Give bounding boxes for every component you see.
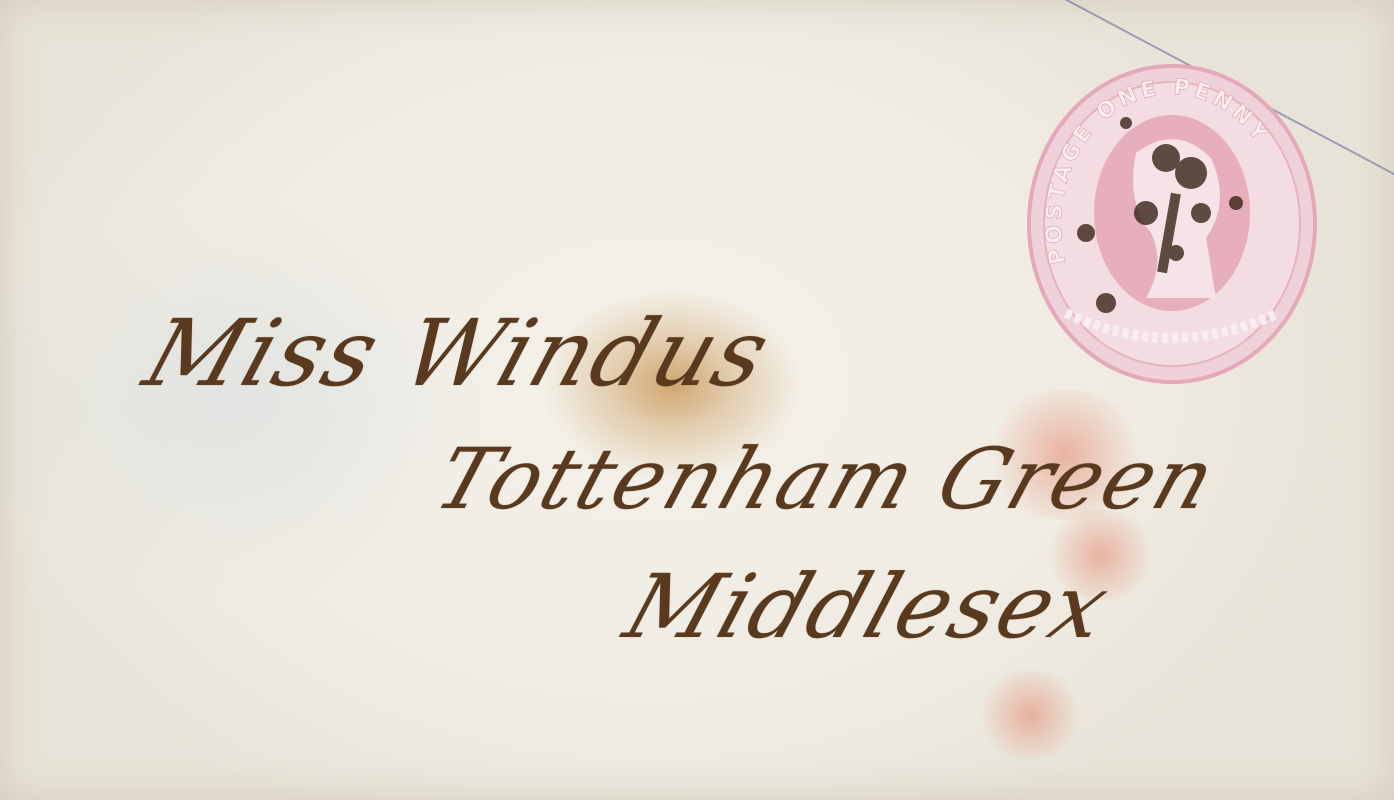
address-line-1: Miss Windus (133, 300, 784, 407)
envelope: POSTAGE ONE PENNY Miss Windus Tottenham … (0, 0, 1394, 800)
address-line-3: Middlesex (613, 555, 1122, 658)
address-line-2: Tottenham Green (424, 430, 1229, 528)
red-postmark-smudge (975, 670, 1085, 760)
embossed-stamp: POSTAGE ONE PENNY (1026, 63, 1318, 385)
